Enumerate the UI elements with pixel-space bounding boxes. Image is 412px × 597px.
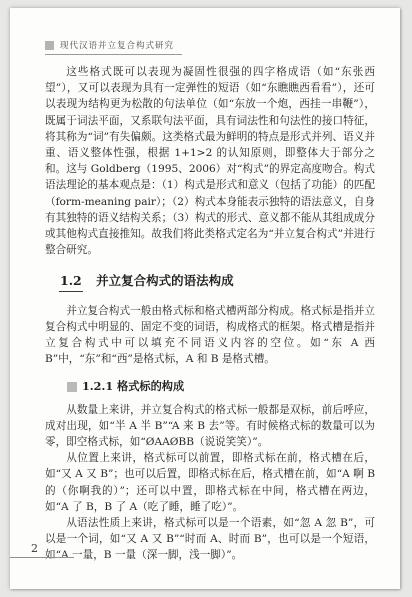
paragraph-3: 从数量上来讲，并立复合构式的格式标一般都是双标，前后呼应，成对出现，如“半 A … xyxy=(45,402,375,451)
page-body: 这些格式既可以表现为凝固性很强的四字格成语（如“东张西望”），又可以表现为具有一… xyxy=(45,64,375,564)
running-header: 现代汉语并立复合构式研究 xyxy=(45,39,182,55)
section-title: 并立复合构式的语法构成 xyxy=(96,273,234,288)
page-number: 2 xyxy=(31,542,38,555)
running-header-title: 现代汉语并立复合构式研究 xyxy=(60,39,174,51)
paragraph-5: 从语法性质上来讲，格式标可以是一个语素，如“忽 A 忽 B”，可以是一个词，如“… xyxy=(45,515,375,564)
subsection-title: 1.2.1 格式标的构成 xyxy=(82,378,184,394)
book-page: 现代汉语并立复合构式研究 这些格式既可以表现为凝固性很强的四字格成语（如“东张西… xyxy=(10,8,400,589)
section-heading-1-2: 1.2 并立复合构式的语法构成 xyxy=(59,273,375,291)
subsection-marker-square-icon xyxy=(67,382,77,392)
header-marker-square-icon xyxy=(45,41,54,50)
paragraph-4: 从位置上来讲，格式标可以前置，即格式标在前，格式槽在后，如“又 A 又 B”；也… xyxy=(45,450,375,515)
section-number: 1.2 xyxy=(59,273,83,291)
footer-rule xyxy=(10,557,74,558)
paragraph-2: 并立复合构式一般由格式标和格式槽两部分构成。格式标是指并立复合构式中明显的、固定… xyxy=(45,303,375,368)
subsection-heading-1-2-1: 1.2.1 格式标的构成 xyxy=(67,378,375,394)
paragraph-1: 这些格式既可以表现为凝固性很强的四字格成语（如“东张西望”），又可以表现为具有一… xyxy=(45,64,375,258)
